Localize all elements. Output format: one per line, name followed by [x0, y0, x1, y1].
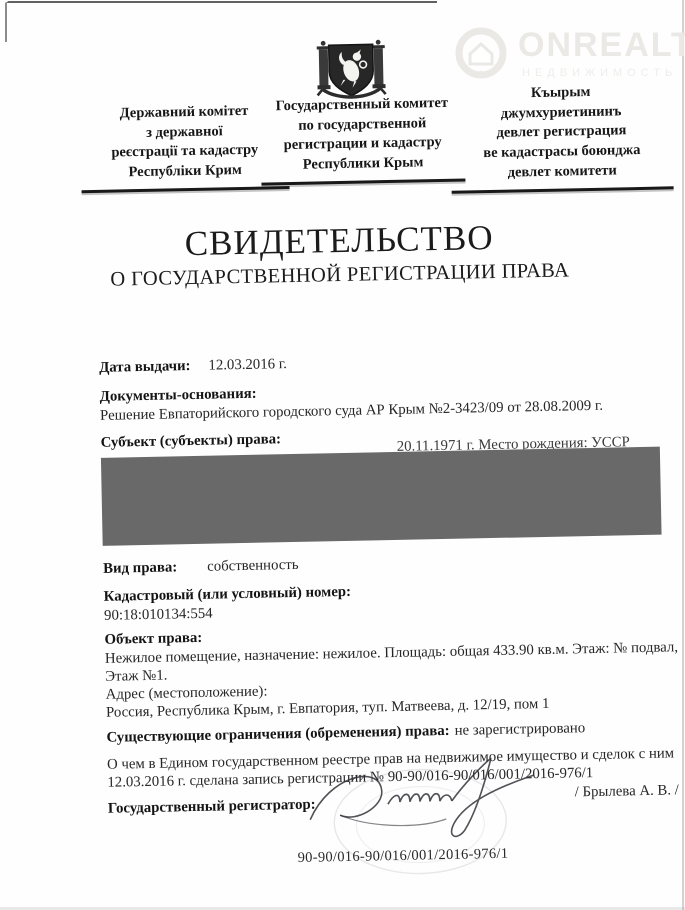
header-underline	[82, 186, 290, 193]
right-type-label: Вид права:	[103, 559, 177, 576]
field-right-type: Вид права:собственность	[103, 550, 663, 578]
registrar-name: / Брылева А. В. /	[575, 782, 679, 801]
header-underline	[452, 186, 674, 193]
issue-date-value: 12.03.2016 г.	[208, 356, 287, 374]
header-line: Государственный комитет	[260, 94, 464, 118]
field-restrictions: Существующие ограничения (обременения) п…	[106, 719, 666, 747]
scanned-certificate-page: Державний комітет з державної реєстрації…	[0, 0, 685, 910]
restrictions-value: не зарегистрировано	[454, 720, 585, 739]
header-line: Республики Крым	[261, 153, 465, 177]
field-issue-date: Дата выдачи:12.03.2016 г.	[99, 349, 659, 377]
document-title: СВИДЕТЕЛЬСТВО О ГОСУДАРСТВЕННОЙ РЕГИСТРА…	[0, 214, 682, 294]
header-committee-crimean-tatar: Къырым джумхуриетининъ девлет регистраци…	[450, 81, 674, 193]
restrictions-label: Существующие ограничения (обременения) п…	[106, 723, 449, 746]
header-committee-ukrainian: Державний комітет з державної реєстрації…	[80, 101, 290, 193]
header-committee-russian: Государственный комитет по государственн…	[260, 94, 466, 186]
issue-date-label: Дата выдачи:	[99, 358, 191, 376]
header-underline	[261, 178, 465, 185]
right-type-value: собственность	[207, 557, 299, 575]
redaction-box	[101, 447, 662, 546]
header-line: Республіки Крим	[81, 160, 289, 184]
